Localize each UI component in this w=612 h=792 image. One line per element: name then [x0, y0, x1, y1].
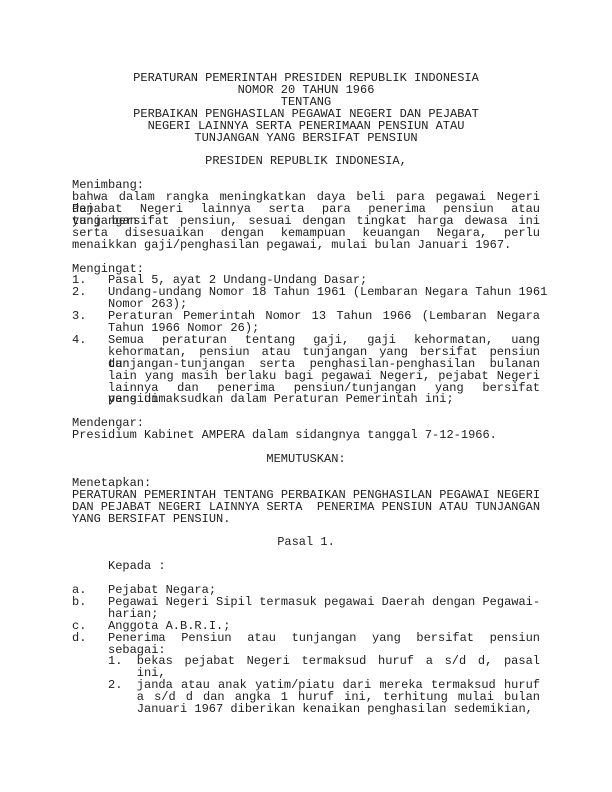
sub-list-item: 2. janda atau anak yatim/piatu dari mere…	[108, 680, 540, 716]
list-marker: d.	[72, 633, 108, 645]
list-item-text: Penerima Pensiun atau tunjangan yang ber…	[108, 633, 540, 716]
issuer-line: PRESIDEN REPUBLIK INDONESIA,	[72, 156, 540, 168]
list-item-line: Pegawai Negeri Sipil termasuk pegawai Da…	[108, 597, 540, 609]
list-item-text: Semua peraturan tentang gaji, gaji kehor…	[108, 335, 540, 406]
section-menetapkan: Menetapkan: PERATURAN PEMERINTAH TENTANG…	[72, 478, 540, 526]
article-intro: Kepada :	[72, 561, 540, 573]
article-heading: Pasal 1.	[72, 537, 540, 549]
section-menimbang: Menimbang: bahwa dalam rangka meningkatk…	[72, 180, 540, 251]
document-body: PERATURAN PEMERINTAH PRESIDEN REPUBLIK I…	[72, 73, 540, 716]
sub-list-marker: 2.	[108, 680, 137, 692]
sub-list-marker: 1.	[108, 656, 137, 668]
paragraph-line: menaikkan gaji/penghasilan pegawai, mula…	[72, 240, 540, 252]
list-item-line: yang dimaksudkan dalam Peraturan Pemerin…	[108, 394, 540, 406]
section-pasal-1: Pasal 1. Kepada : a. Pejabat Negara; b. …	[72, 537, 540, 716]
list-item-text: Pegawai Negeri Sipil termasuk pegawai Da…	[108, 597, 540, 621]
document-title: PERATURAN PEMERINTAH PRESIDEN REPUBLIK I…	[72, 73, 540, 144]
section-mengingat: Mengingat: 1. Pasal 5, ayat 2 Undang-Und…	[72, 264, 540, 407]
sub-list-item-line: Januari 1967 diberikan kenaikan penghasi…	[137, 704, 540, 716]
sub-list-item-text: janda atau anak yatim/piatu dari mereka …	[137, 680, 540, 716]
paragraph-line: Presidium Kabinet AMPERA dalam sidangnya…	[72, 430, 540, 442]
list-item: b. Pegawai Negeri Sipil termasuk pegawai…	[72, 597, 540, 621]
list-item: 3. Peraturan Pemerintah Nomor 13 Tahun 1…	[72, 311, 540, 335]
list-item: 4. Semua peraturan tentang gaji, gaji ke…	[72, 335, 540, 406]
sub-list-item: 1. bekas pejabat Negeri termaksud huruf …	[108, 656, 540, 680]
list-marker: 2.	[72, 287, 108, 299]
list-item: d. Penerima Pensiun atau tunjangan yang …	[72, 633, 540, 716]
list-item-text: Peraturan Pemerintah Nomor 13 Tahun 1966…	[108, 311, 540, 335]
list-marker: b.	[72, 597, 108, 609]
title-line: TUNJANGAN YANG BERSIFAT PENSIUN	[72, 133, 540, 145]
list-item: 2. Undang-undang Nomor 18 Tahun 1961 (Le…	[72, 287, 540, 311]
document-page: PERATURAN PEMERINTAH PRESIDEN REPUBLIK I…	[0, 0, 612, 792]
paragraph-line: YANG BERSIFAT PENSIUN.	[72, 514, 540, 526]
sub-list-item-line: bekas pejabat Negeri termaksud huruf a s…	[137, 656, 540, 668]
decision-heading: MEMUTUSKAN:	[72, 454, 540, 466]
list-marker: 3.	[72, 311, 108, 323]
list-item-text: Undang-undang Nomor 18 Tahun 1961 (Lemba…	[108, 287, 540, 311]
sub-list-item-text: bekas pejabat Negeri termaksud huruf a s…	[137, 656, 540, 680]
list-item-line: Penerima Pensiun atau tunjangan yang ber…	[108, 633, 540, 645]
section-mendengar: Mendengar: Presidium Kabinet AMPERA dala…	[72, 418, 540, 442]
list-marker: 4.	[72, 335, 108, 347]
